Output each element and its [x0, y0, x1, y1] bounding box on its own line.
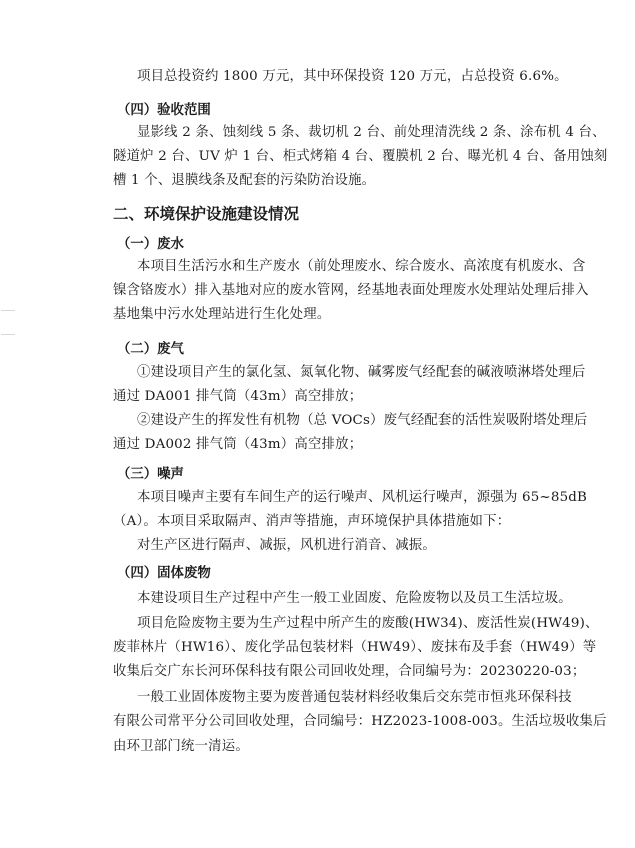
paragraph-line: 本建设项目生产过程中产生一般工业固废、危险废物以及员工生活垃圾。 — [137, 590, 572, 608]
solid-waste-heading: （四）固体废物 — [117, 564, 211, 582]
scan-edge-mark — [1, 334, 15, 335]
paragraph-line: （A）。本项目采取隔声、消声等措施，声环境保护具体措施如下： — [113, 513, 510, 531]
paragraph-line: 对生产区进行隔声、减振，风机进行消音、减振。 — [137, 537, 436, 555]
paragraph-line: 本项目噪声主要有车间生产的运行噪声、风机运行噪声，源强为 65~85dB — [137, 489, 587, 507]
paragraph-line: 由环卫部门统一清运。 — [113, 738, 249, 756]
paragraph-line: 一般工业固体废物主要为废普通包装材料经收集后交东莞市恒兆环保科技 — [137, 689, 572, 707]
waste-gas-heading: （二）废气 — [117, 340, 184, 358]
paragraph-line: ②建设产生的挥发性有机物（总 VOCs）废气经配套的活性炭吸附塔处理后 — [137, 412, 588, 430]
paragraph-line: 收集后交广东长河环保科技有限公司回收处理，合同编号为：20230220-03； — [113, 663, 585, 681]
paragraph-line: 通过 DA001 排气筒（43m）高空排放； — [113, 388, 362, 406]
paragraph-line: 槽 1 个、退膜线条及配套的污染防治设施。 — [113, 172, 375, 190]
acceptance-scope-heading: （四）验收范围 — [117, 101, 211, 119]
paragraph-line: 有限公司常平分公司回收处理，合同编号：HZ2023-1008-003。生活垃圾收… — [113, 713, 607, 731]
paragraph-line: 通过 DA002 排气筒（43m）高空排放； — [113, 436, 362, 454]
paragraph-line: 项目危险废物主要为生产过程中所产生的废酸(HW34)、废活性炭(HW49)、 — [137, 615, 599, 633]
paragraph-line: 显影线 2 条、蚀刻线 5 条、裁切机 2 台、前处理清洗线 2 条、涂布机 4… — [137, 124, 606, 142]
paragraph-line: 隧道炉 2 台、UV 炉 1 台、柜式烤箱 4 台、覆膜机 2 台、曝光机 4 … — [113, 148, 608, 166]
paragraph-line: 基地集中污水处理站进行生化处理。 — [113, 306, 330, 324]
wastewater-heading: （一）废水 — [117, 235, 184, 253]
scan-edge-mark — [1, 310, 15, 311]
document-page: 项目总投资约 1800 万元，其中环保投资 120 万元，占总投资 6.6%。 … — [0, 0, 635, 848]
noise-heading: （三）噪声 — [117, 465, 184, 483]
paragraph-line: 废菲林片（HW16）、废化学品包装材料（HW49）、废抹布及手套（HW49）等 — [113, 639, 596, 657]
paragraph-line: ①建设项目产生的氯化氢、氮氧化物、碱雾废气经配套的碱液喷淋塔处理后 — [137, 364, 586, 382]
paragraph-line: 镍含铬废水）排入基地对应的废水管网，经基地表面处理废水处理站处理后排入 — [113, 282, 589, 300]
section-heading: 二、环境保护设施建设情况 — [113, 204, 299, 224]
investment-text: 项目总投资约 1800 万元，其中环保投资 120 万元，占总投资 6.6%。 — [137, 68, 568, 86]
paragraph-line: 本项目生活污水和生产废水（前处理废水、综合废水、高浓度有机废水、含 — [137, 258, 586, 276]
